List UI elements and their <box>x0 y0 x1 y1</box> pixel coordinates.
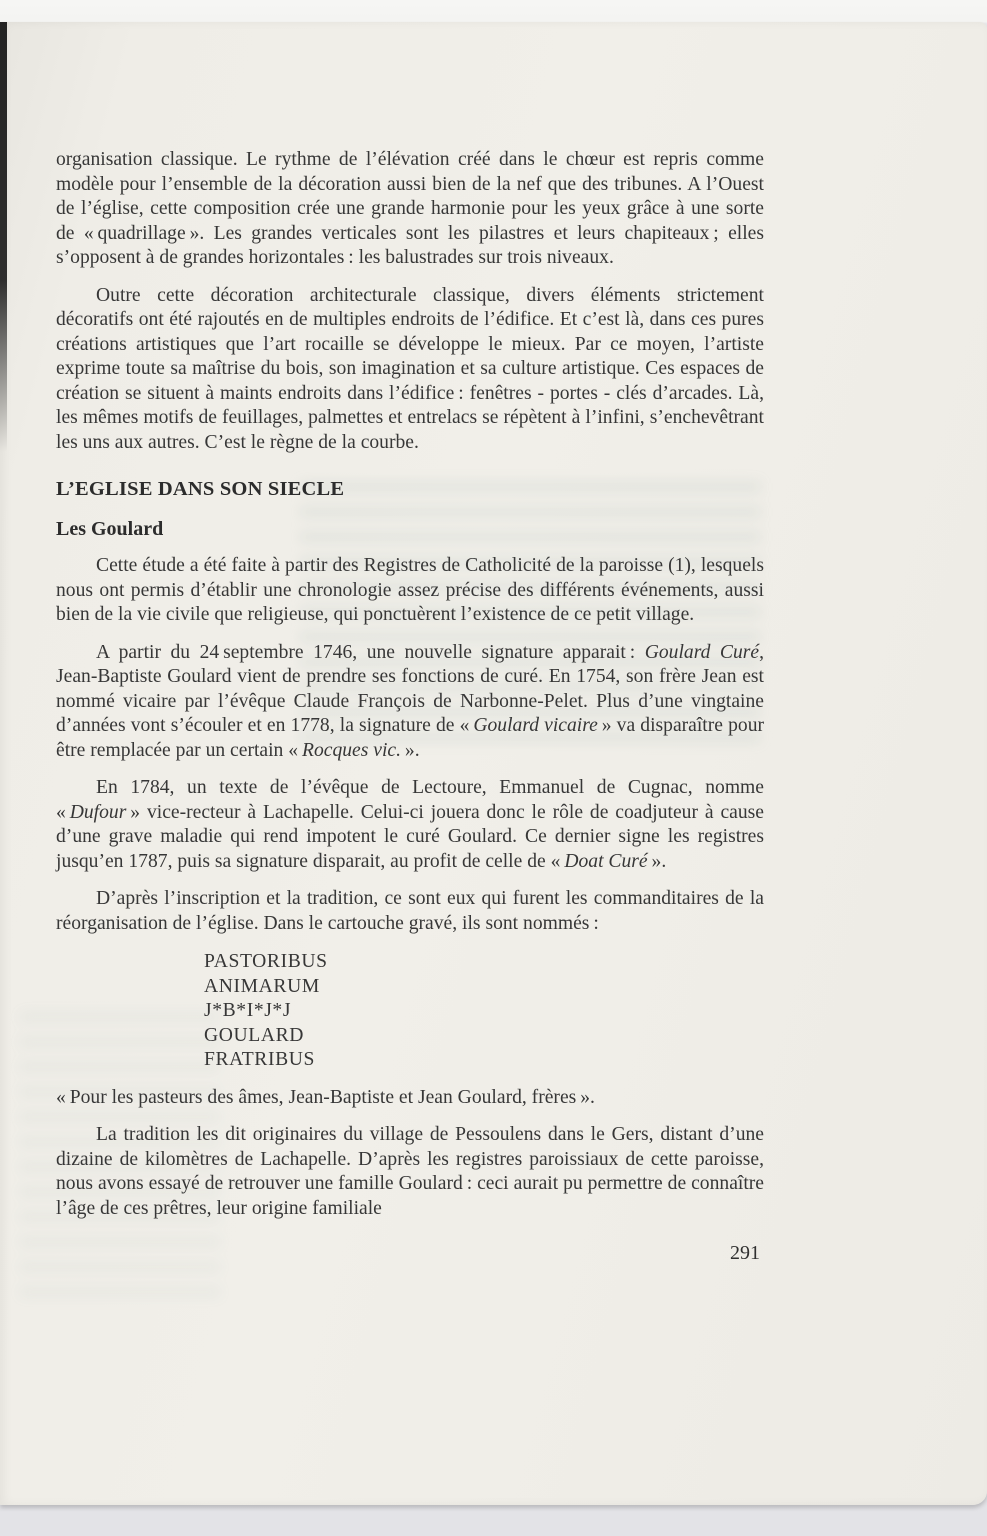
body-text: D’après l’inscription et la tradition, c… <box>56 888 764 934</box>
italic-text: Dufour <box>70 802 127 823</box>
paragraph: En 1784, un texte de l’évêque de Lectour… <box>56 776 764 874</box>
body-text: « Pour les pasteurs des âmes, Jean-Bapti… <box>56 1087 595 1108</box>
page-number: 291 <box>56 1241 764 1266</box>
body-text: organisation classique. Le rythme de l’é… <box>56 149 764 268</box>
section-heading: L’EGLISE DANS SON SIECLE <box>56 477 764 502</box>
italic-text: Rocques vic. <box>302 740 401 761</box>
inscription-line: GOULARD <box>204 1024 764 1049</box>
body-text: Outre cette décoration architecturale cl… <box>56 285 764 453</box>
sub-heading: Les Goulard <box>56 517 764 542</box>
italic-text: Goulard Curé <box>645 642 759 663</box>
paragraph: Outre cette décoration architecturale cl… <box>56 284 764 456</box>
inscription-line: FRATRIBUS <box>204 1048 764 1073</box>
inscription-line: J*B*I*J*J <box>204 999 764 1024</box>
body-text: La tradition les dit originaires du vill… <box>56 1124 764 1219</box>
paragraph: La tradition les dit originaires du vill… <box>56 1123 764 1221</box>
scanned-book-photo: { "colors": { "paper": "#f0eee8", "ink":… <box>0 0 987 1536</box>
text-column: organisation classique. Le rythme de l’é… <box>56 22 764 1266</box>
paragraph: organisation classique. Le rythme de l’é… <box>56 148 764 271</box>
cartouche-inscription: PASTORIBUSANIMARUMJ*B*I*J*JGOULARDFRATRI… <box>204 950 764 1073</box>
italic-text: Goulard vicaire <box>473 715 597 736</box>
body-text: A partir du 24 septembre 1746, une nouve… <box>96 642 645 663</box>
paragraph: « Pour les pasteurs des âmes, Jean-Bapti… <box>56 1086 764 1111</box>
body-text: ». <box>401 740 420 761</box>
paragraph: D’après l’inscription et la tradition, c… <box>56 887 764 936</box>
page-surface: organisation classique. Le rythme de l’é… <box>0 22 987 1505</box>
body-text: Cette étude a été faite à partir des Reg… <box>56 555 764 625</box>
paragraph: A partir du 24 septembre 1746, une nouve… <box>56 641 764 764</box>
italic-text: Doat Curé <box>564 851 647 872</box>
page-left-edge-shadow <box>0 22 7 452</box>
paragraph: Cette étude a été faite à partir des Reg… <box>56 554 764 628</box>
body-text: ». <box>648 851 667 872</box>
inscription-line: PASTORIBUS <box>204 950 764 975</box>
inscription-line: ANIMARUM <box>204 975 764 1000</box>
